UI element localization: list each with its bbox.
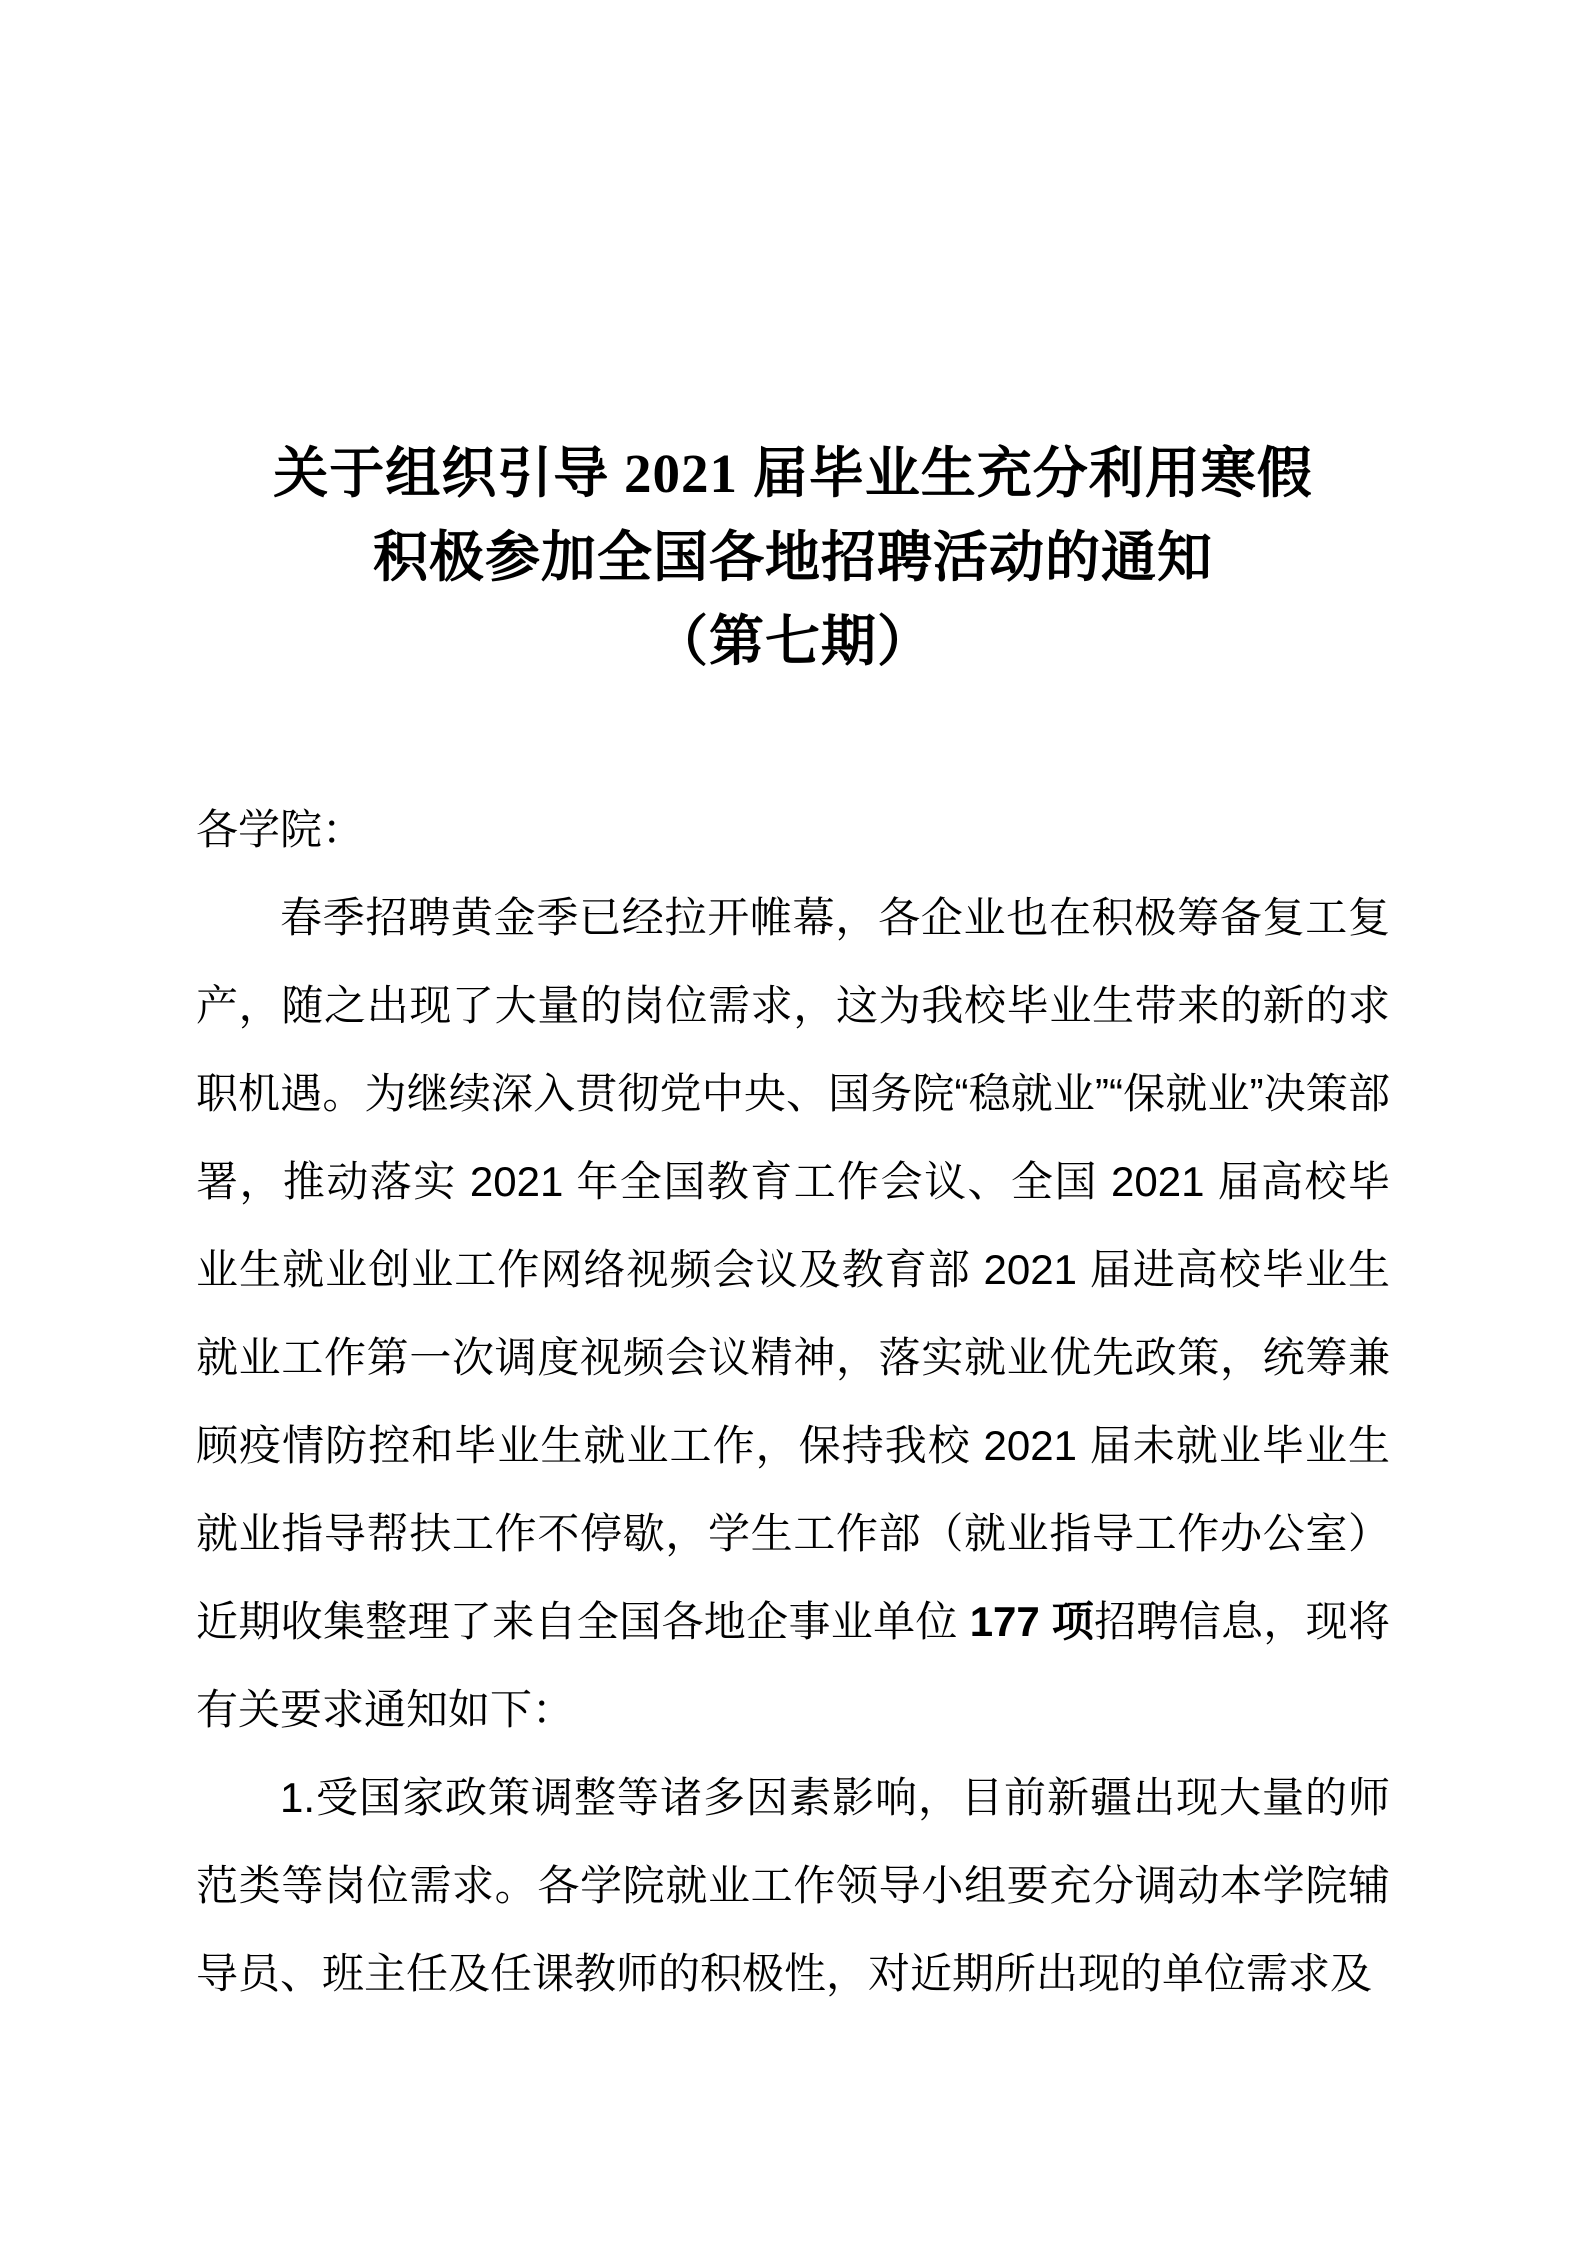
document-content: 关于组织引导 2021 届毕业生充分利用寒假积极参加全国各地招聘活动的通知（第七… [0,432,1587,2018]
document-page: 关于组织引导 2021 届毕业生充分利用寒假积极参加全国各地招聘活动的通知（第七… [0,0,1587,2245]
paragraphs-container: 春季招聘黄金季已经拉开帷幕，各企业也在积极筹备复工复产，随之出现了大量的岗位需求… [196,874,1390,2018]
bold-text-segment: 177 项 [970,1598,1094,1645]
title-line: 关于组织引导 2021 届毕业生充分利用寒假 [196,432,1390,516]
text-segment: 春季招聘黄金季已经拉开帷幕，各企业也在积极筹备复工复产，随之出现了大量的岗位需求… [196,894,1390,1645]
body-paragraph: 春季招聘黄金季已经拉开帷幕，各企业也在积极筹备复工复产，随之出现了大量的岗位需求… [196,874,1390,1754]
document-body: 各学院： 春季招聘黄金季已经拉开帷幕，各企业也在积极筹备复工复产，随之出现了大量… [196,786,1390,2018]
title-line: 积极参加全国各地招聘活动的通知 [196,516,1390,600]
body-paragraph: 1.受国家政策调整等诸多因素影响，目前新疆出现大量的师范类等岗位需求。各学院就业… [196,1754,1390,2018]
salutation-text: 各学院： [196,786,1390,874]
document-title: 关于组织引导 2021 届毕业生充分利用寒假积极参加全国各地招聘活动的通知（第七… [196,432,1390,684]
title-line: （第七期） [196,600,1390,684]
text-segment: 1.受国家政策调整等诸多因素影响，目前新疆出现大量的师范类等岗位需求。各学院就业… [196,1774,1390,1997]
